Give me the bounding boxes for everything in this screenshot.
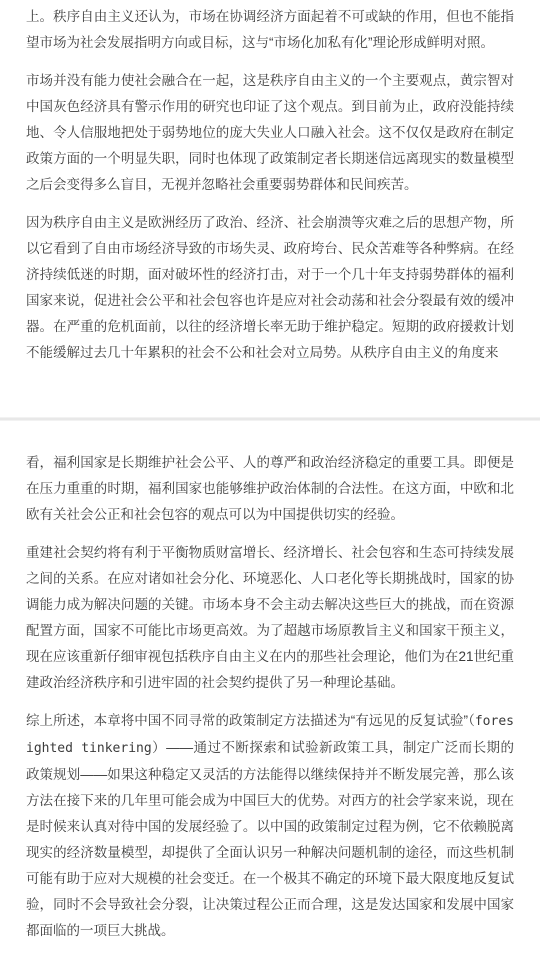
- closing-paragraph-lead: 综上所述，本章将中国不同寻常的政策制定方法描述为“有远见的反复试验”（: [26, 713, 475, 728]
- page-previous: 上。秩序自由主义还认为，市场在协调经济方面起着不可或缺的作用，但也不能指望市场为…: [0, 0, 540, 417]
- paragraph: 综上所述，本章将中国不同寻常的政策制定方法描述为“有远见的反复试验”（fores…: [26, 708, 514, 944]
- paragraph: 重建社会契约将有利于平衡物质财富增长、经济增长、社会包容和生态可持续发展之间的关…: [26, 540, 514, 696]
- paragraph: 看，福利国家是长期维护社会公平、人的尊严和政治经济稳定的重要工具。即便是在压力重…: [26, 450, 514, 528]
- reader-scroll-area[interactable]: 上。秩序自由主义还认为，市场在协调经济方面起着不可或缺的作用，但也不能指望市场为…: [0, 0, 540, 960]
- closing-paragraph-tail: ）——通过不断探索和试验新政策工具，制定广泛而长期的政策规划——如果这种稳定又灵…: [26, 740, 514, 938]
- paragraph: 因为秩序自由主义是欧洲经历了政治、经济、社会崩溃等灾难之后的思想产物，所以它看到…: [26, 210, 514, 366]
- paragraph: 市场并没有能力使社会融合在一起，这是秩序自由主义的一个主要观点，黄宗智对中国灰色…: [26, 68, 514, 198]
- page-current: 看，福利国家是长期维护社会公平、人的尊严和政治经济稳定的重要工具。即便是在压力重…: [0, 421, 540, 958]
- paragraph: 上。秩序自由主义还认为，市场在协调经济方面起着不可或缺的作用，但也不能指望市场为…: [26, 4, 514, 56]
